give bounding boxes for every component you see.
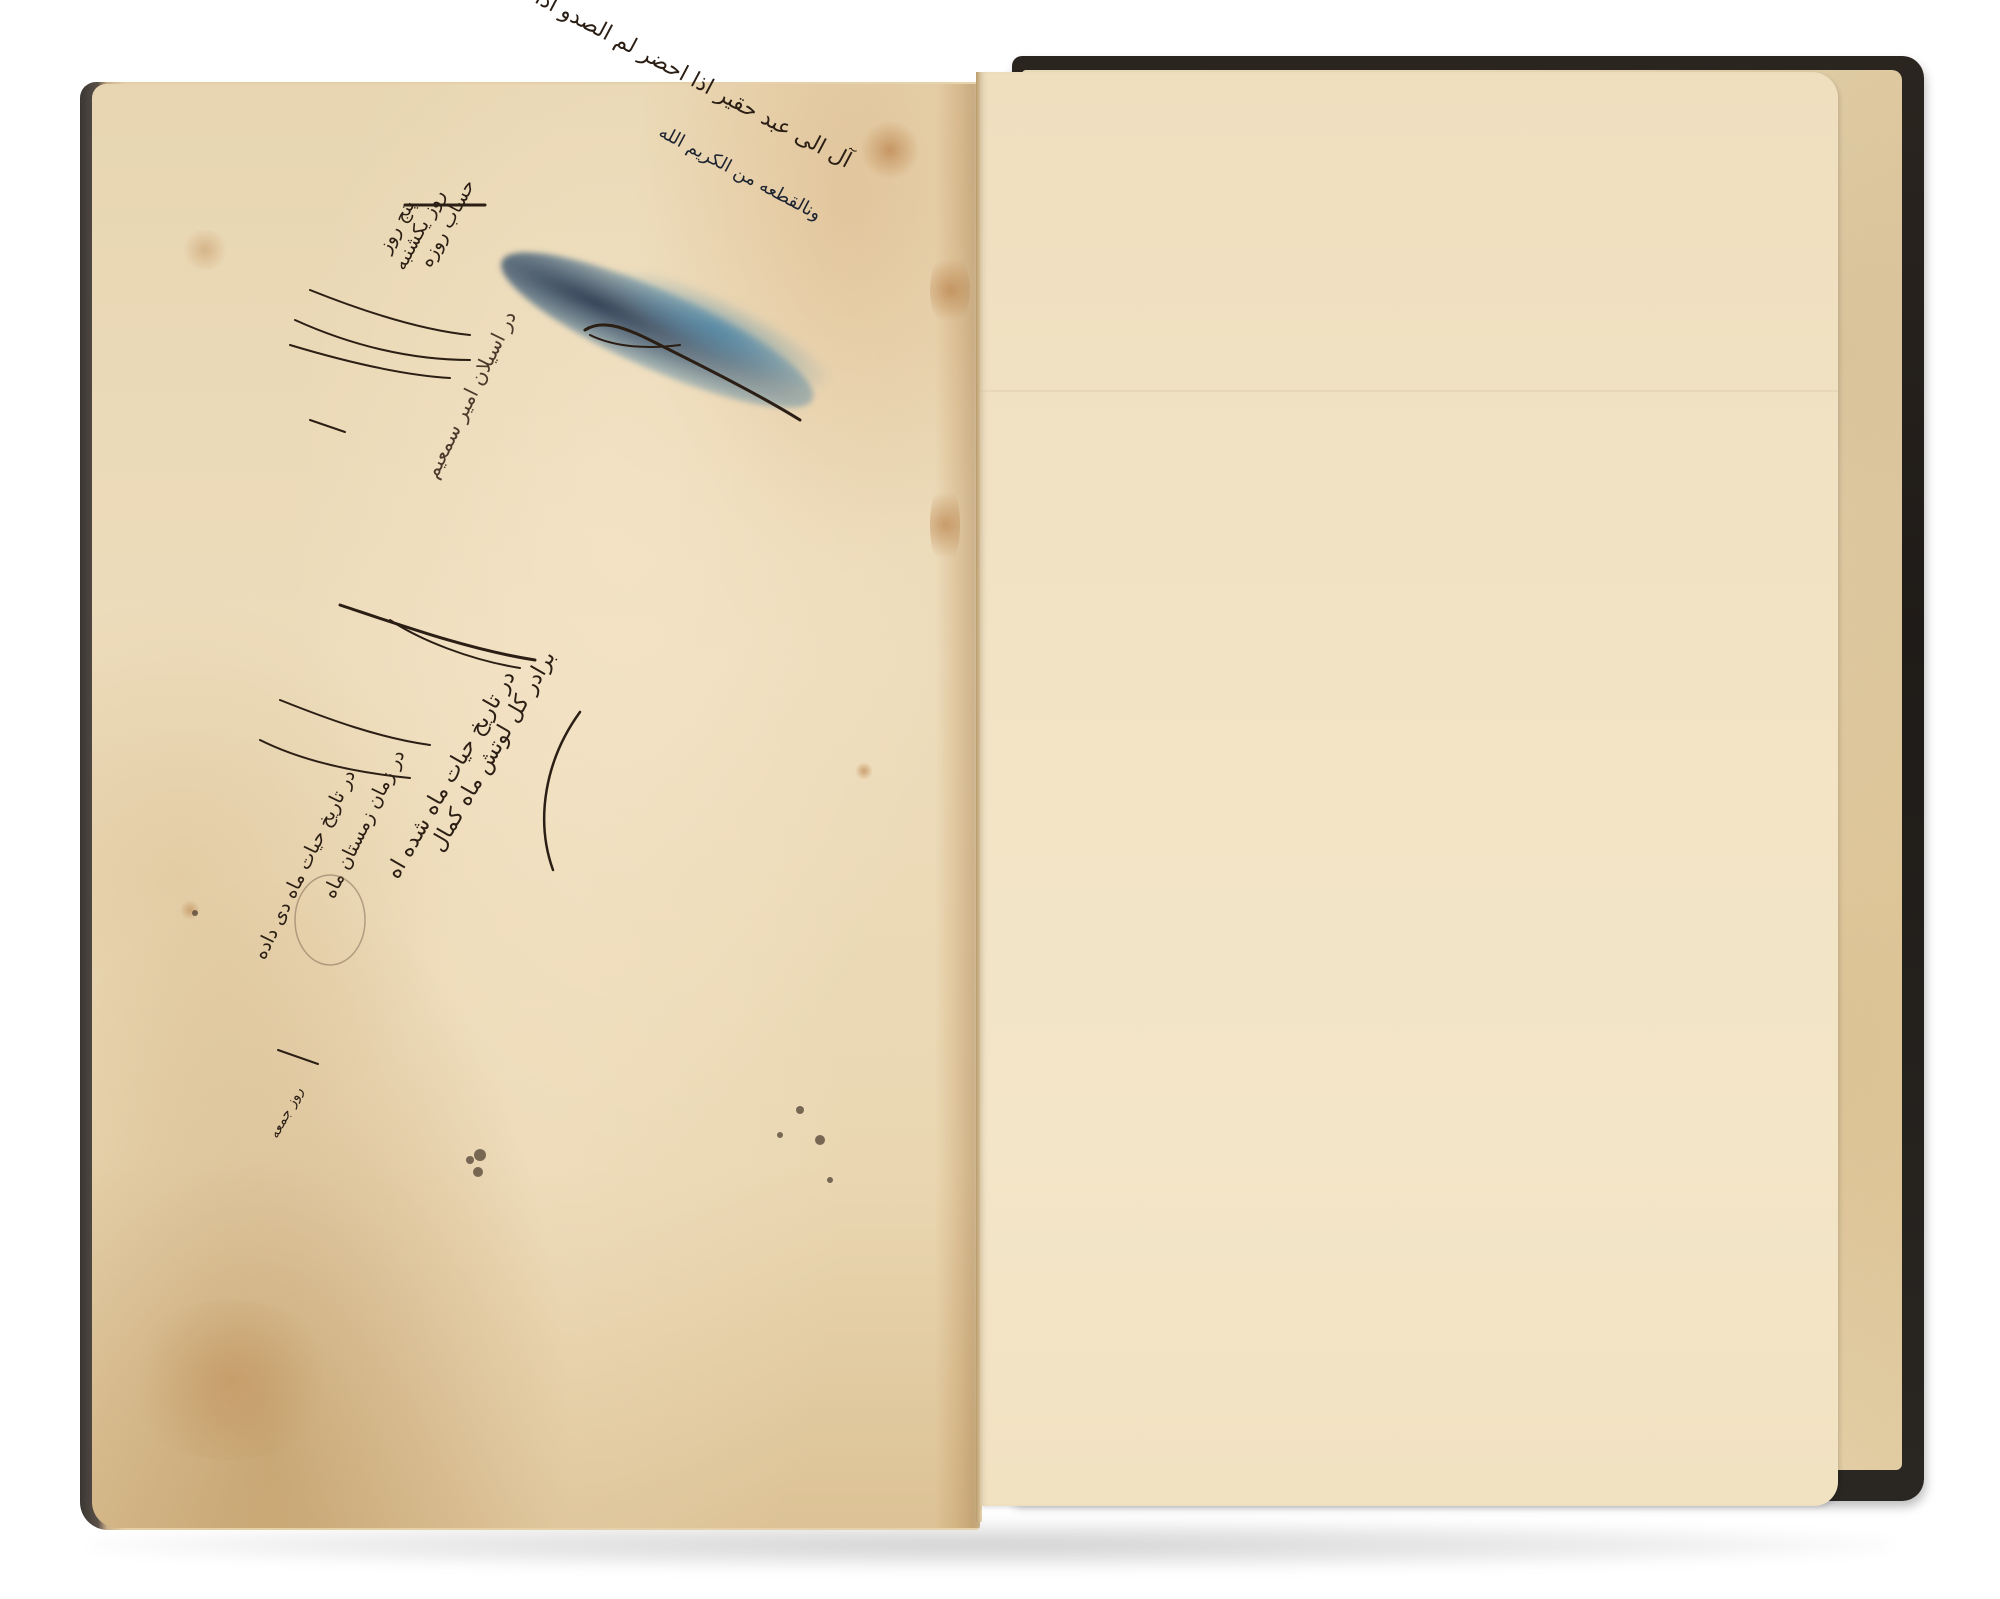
left-gutter — [935, 84, 980, 1528]
right-flyleaf-blank — [980, 72, 1838, 1506]
stain — [855, 762, 873, 780]
stain — [180, 900, 200, 920]
stain — [860, 120, 920, 180]
stain — [120, 1300, 340, 1460]
stain — [180, 230, 230, 270]
right-page-crease — [980, 390, 1838, 392]
manuscript-photo: آل الی عبد حقیر اذا احضر لم الصدو اذا غا… — [0, 0, 2000, 1599]
